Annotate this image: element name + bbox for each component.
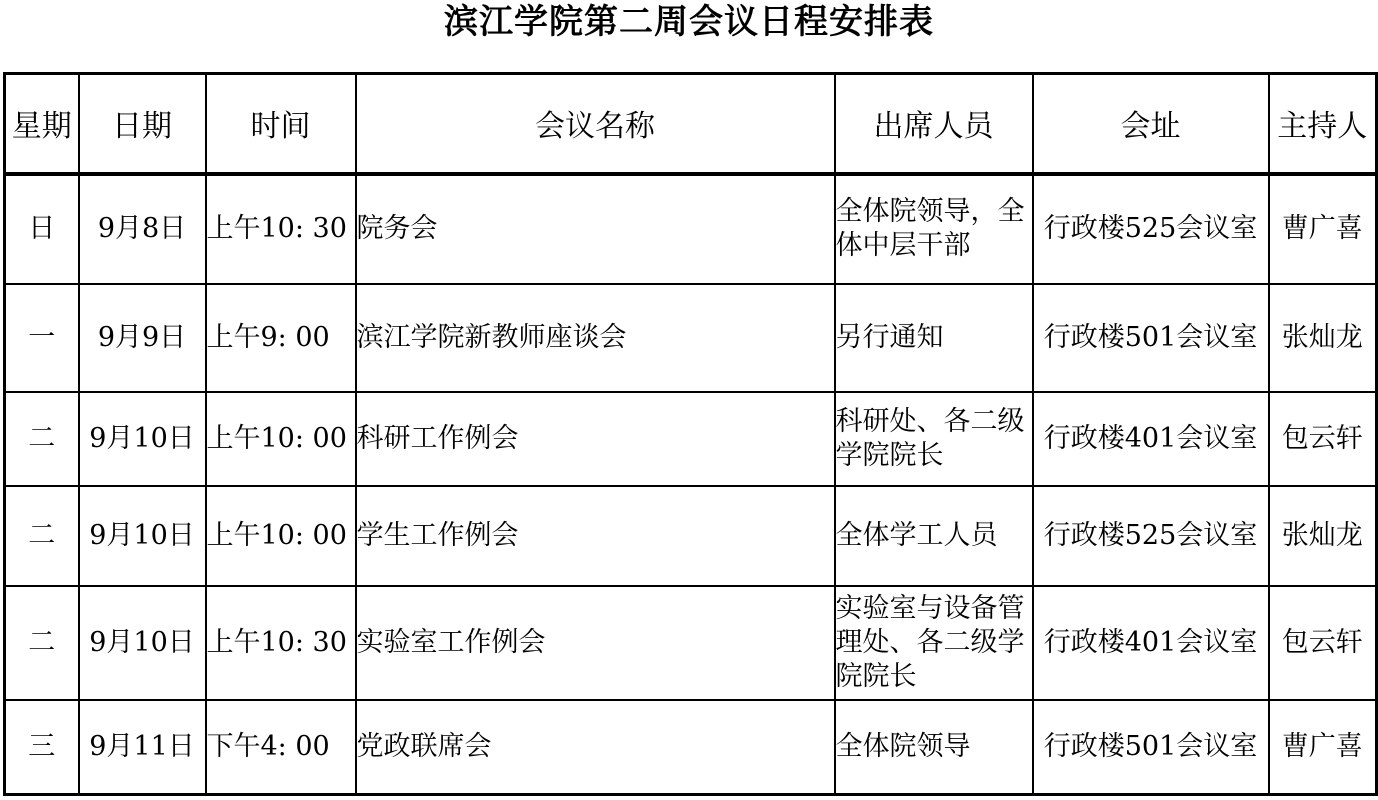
cell-time: 上午10: 30 [206,586,356,700]
cell-date: 9月10日 [79,486,206,586]
cell-host: 曹广喜 [1269,174,1377,284]
cell-date: 9月8日 [79,174,206,284]
header-meeting: 会议名称 [356,74,835,174]
cell-meeting: 学生工作例会 [356,486,835,586]
cell-venue: 行政楼525会议室 [1033,486,1269,586]
header-attendees: 出席人员 [835,74,1033,174]
cell-meeting: 党政联席会 [356,700,835,795]
table-row: 二 9月10日 上午10: 30 实验室工作例会 实验室与设备管理处、各二级学院… [5,586,1377,700]
cell-venue: 行政楼525会议室 [1033,174,1269,284]
meeting-schedule-document: 滨江学院第二周会议日程安排表 星期 日期 时间 会议名称 出席人员 会址 主持人 [0,0,1378,800]
cell-meeting: 科研工作例会 [356,392,835,486]
schedule-table: 星期 日期 时间 会议名称 出席人员 会址 主持人 日 9月8日 上午10: 3… [3,72,1378,796]
cell-venue: 行政楼401会议室 [1033,586,1269,700]
table-row: 二 9月10日 上午10: 00 科研工作例会 科研处、各二级学院院长 行政楼4… [5,392,1377,486]
cell-date: 9月9日 [79,284,206,392]
cell-host: 张灿龙 [1269,284,1377,392]
cell-meeting: 滨江学院新教师座谈会 [356,284,835,392]
header-venue: 会址 [1033,74,1269,174]
page-title: 滨江学院第二周会议日程安排表 [0,0,1378,44]
cell-weekday: 一 [5,284,79,392]
table-row: 三 9月11日 下午4: 00 党政联席会 全体院领导 行政楼501会议室 曹广… [5,700,1377,795]
cell-host: 张灿龙 [1269,486,1377,586]
cell-venue: 行政楼401会议室 [1033,392,1269,486]
header-row: 星期 日期 时间 会议名称 出席人员 会址 主持人 [5,74,1377,174]
cell-host: 包云轩 [1269,586,1377,700]
cell-venue: 行政楼501会议室 [1033,700,1269,795]
cell-meeting: 院务会 [356,174,835,284]
cell-host: 曹广喜 [1269,700,1377,795]
cell-meeting: 实验室工作例会 [356,586,835,700]
cell-attendees: 全体院领导 [835,700,1033,795]
cell-weekday: 二 [5,586,79,700]
cell-weekday: 日 [5,174,79,284]
cell-date: 9月10日 [79,392,206,486]
cell-weekday: 三 [5,700,79,795]
cell-host: 包云轩 [1269,392,1377,486]
cell-attendees: 全体院领导，全体中层干部 [835,174,1033,284]
cell-attendees: 全体学工人员 [835,486,1033,586]
header-host: 主持人 [1269,74,1377,174]
cell-weekday: 二 [5,392,79,486]
cell-date: 9月10日 [79,586,206,700]
table-row: 二 9月10日 上午10: 00 学生工作例会 全体学工人员 行政楼525会议室… [5,486,1377,586]
cell-time: 上午10: 00 [206,486,356,586]
cell-attendees: 科研处、各二级学院院长 [835,392,1033,486]
cell-time: 上午10: 00 [206,392,356,486]
cell-weekday: 二 [5,486,79,586]
header-time: 时间 [206,74,356,174]
cell-attendees: 另行通知 [835,284,1033,392]
cell-date: 9月11日 [79,700,206,795]
table-row: 一 9月9日 上午9: 00 滨江学院新教师座谈会 另行通知 行政楼501会议室… [5,284,1377,392]
header-date: 日期 [79,74,206,174]
header-weekday: 星期 [5,74,79,174]
cell-attendees: 实验室与设备管理处、各二级学院院长 [835,586,1033,700]
cell-venue: 行政楼501会议室 [1033,284,1269,392]
cell-time: 上午10: 30 [206,174,356,284]
table-row: 日 9月8日 上午10: 30 院务会 全体院领导，全体中层干部 行政楼525会… [5,174,1377,284]
cell-time: 下午4: 00 [206,700,356,795]
cell-time: 上午9: 00 [206,284,356,392]
